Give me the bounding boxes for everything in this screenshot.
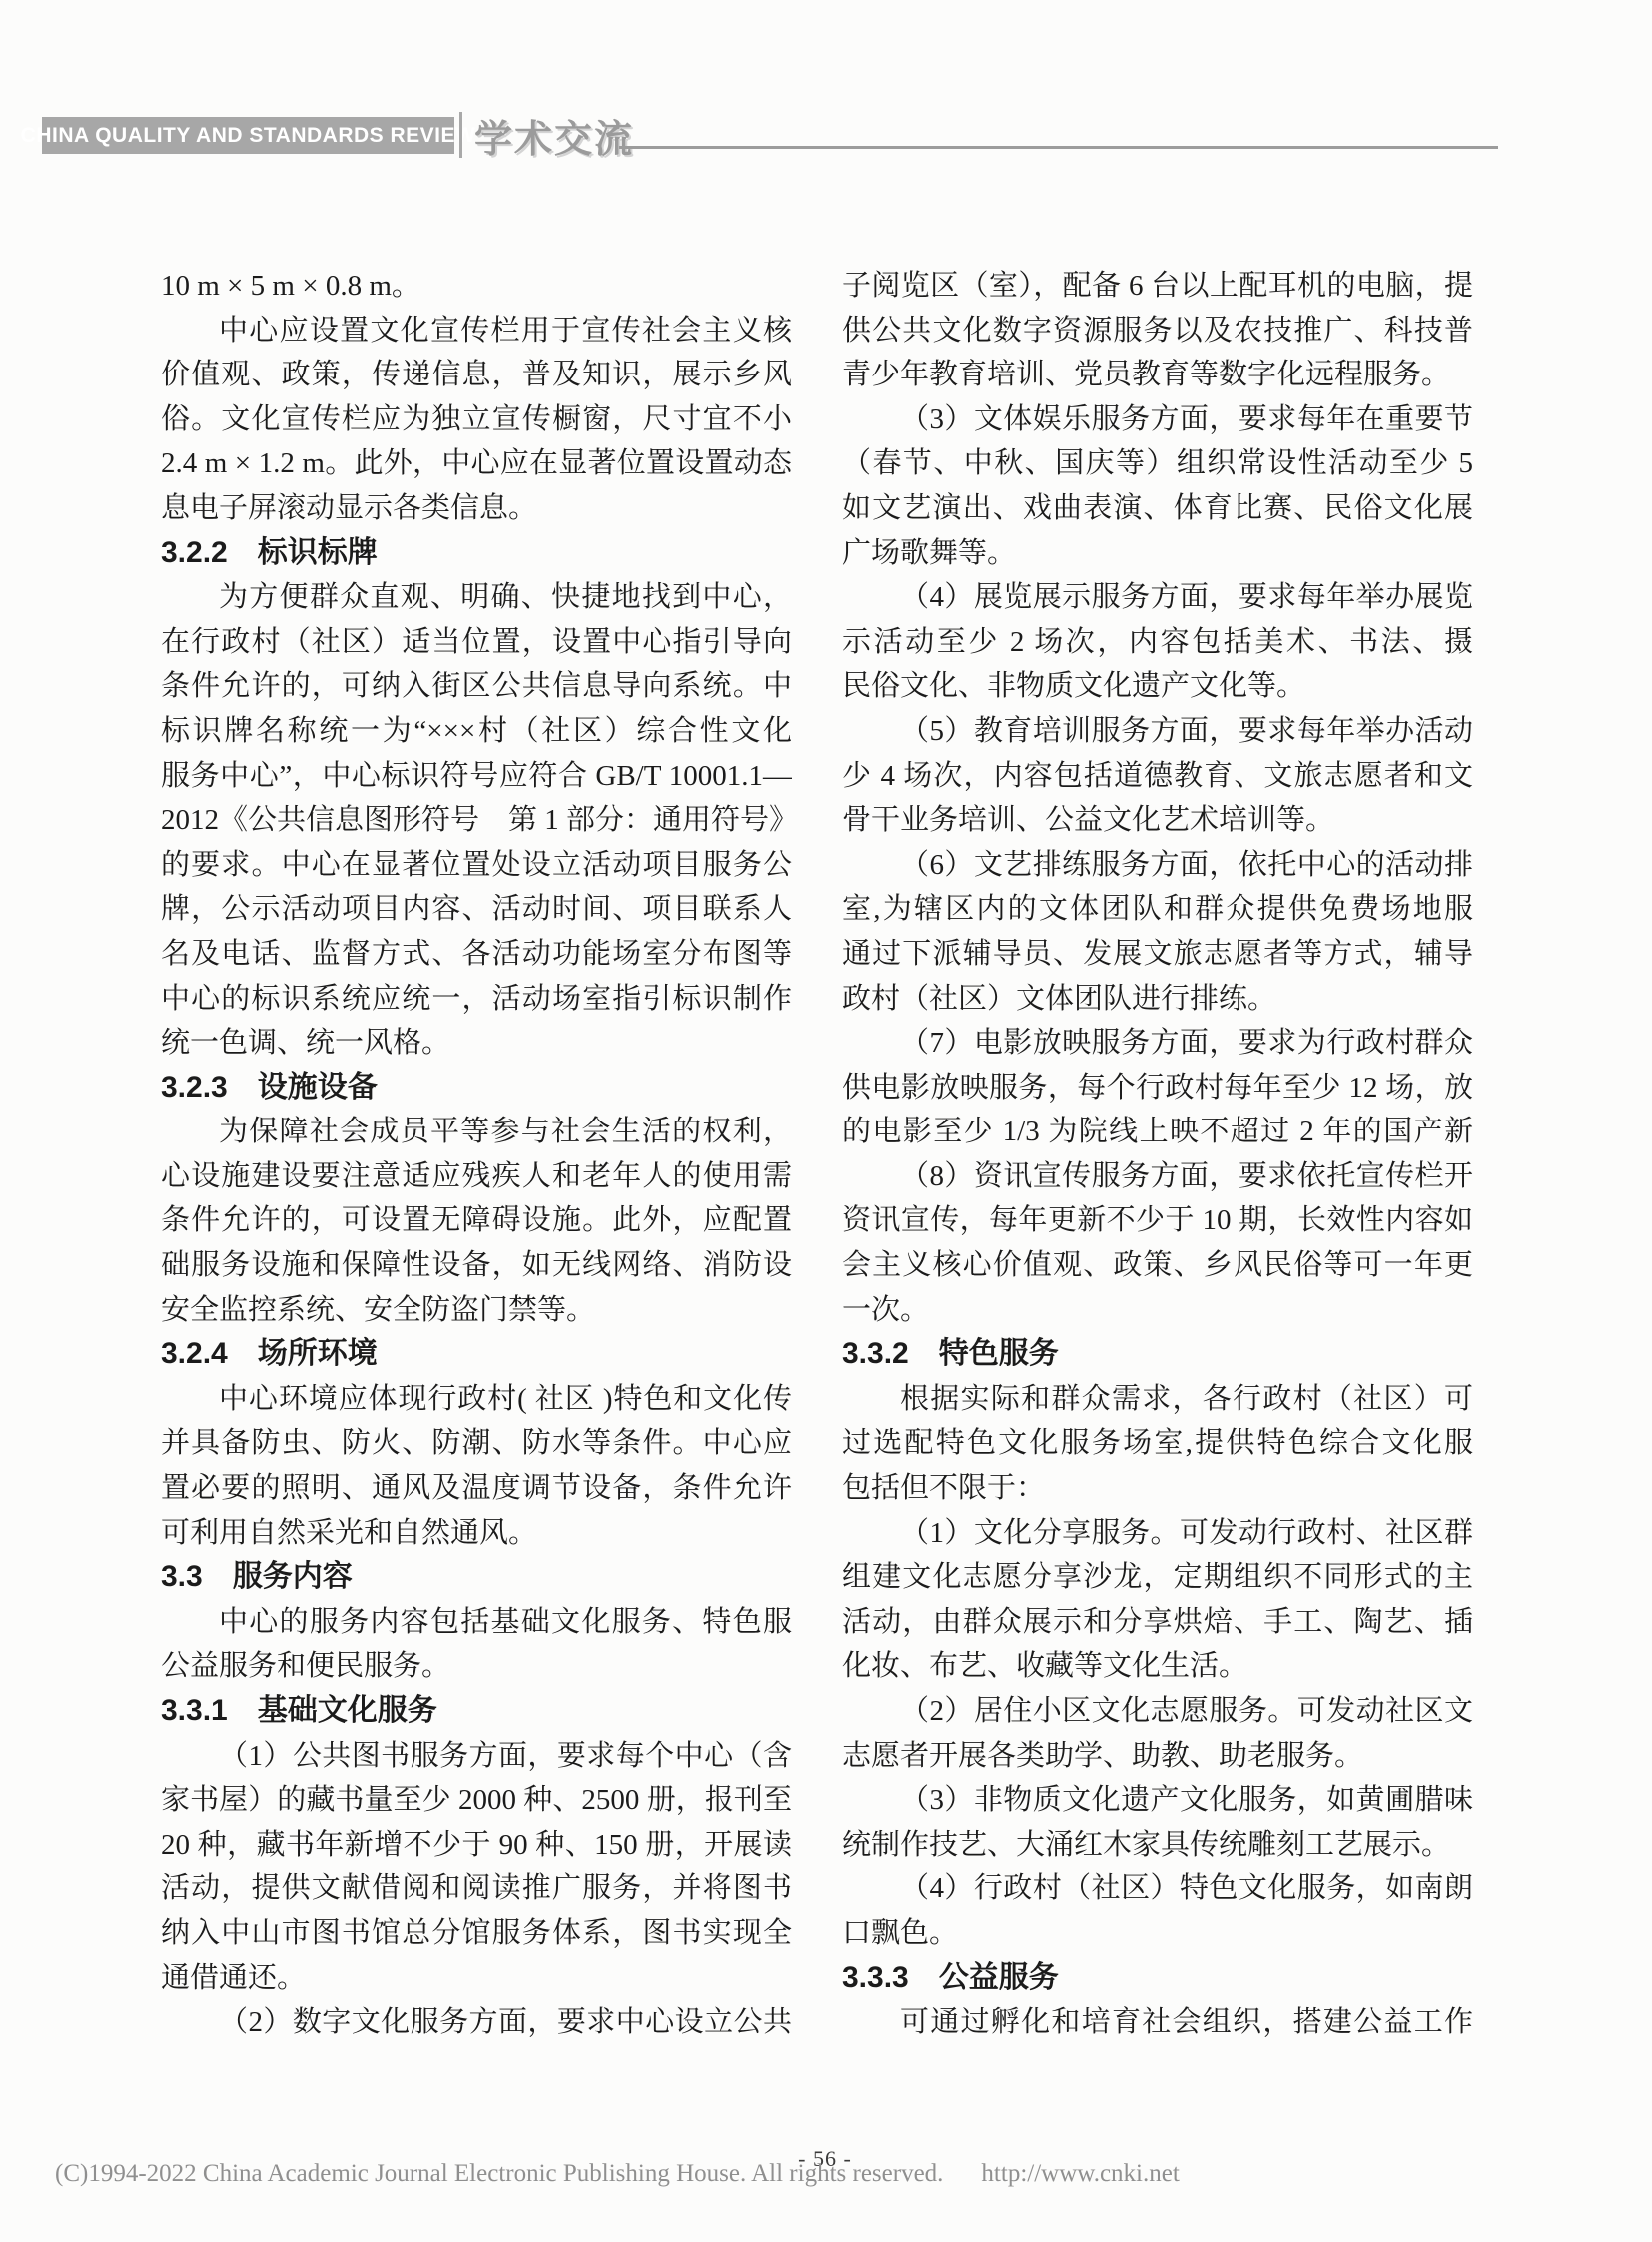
text-line: 安全监控系统、安全防盗门禁等。 (161, 1288, 792, 1333)
text-line: 家书屋）的藏书量至少 2000 种、2500 册，报刊至少 (161, 1778, 792, 1823)
text-line: 示活动至少 2 场次，内容包括美术、书法、摄影、 (842, 620, 1473, 665)
text-line: 牌，公示活动项目内容、活动时间、项目联系人姓 (161, 887, 792, 932)
left-column: 10 m × 5 m × 0.8 m。中心应设置文化宣传栏用于宣传社会主义核心价… (161, 264, 792, 2045)
text-line: （8）资讯宣传服务方面，要求依托宣传栏开展 (842, 1154, 1473, 1199)
text-line: 息电子屏滚动显示各类信息。 (161, 486, 792, 531)
text-line: 根据实际和群众需求，各行政村（社区）可通 (842, 1377, 1473, 1422)
text-line: 俗。文化宣传栏应为独立宣传橱窗，尺寸宜不小于 (161, 397, 792, 442)
text-line: 础服务设施和保障性设备，如无线网络、消防设备、 (161, 1243, 792, 1288)
cnki-url: http://www.cnki.net (981, 2160, 1179, 2187)
text-line: 为保障社会成员平等参与社会生活的权利，中 (161, 1110, 792, 1154)
text-line: 通过下派辅导员、发展文旅志愿者等方式，辅导行 (842, 932, 1473, 977)
header-rule (619, 146, 1498, 149)
text-line: （4）展览展示服务方面，要求每年举办展览展 (842, 575, 1473, 620)
text-line: 的电影至少 1/3 为院线上映不超过 2 年的国产新片。 (842, 1110, 1473, 1154)
text-line: 骨干业务培训、公益文化艺术培训等。 (842, 798, 1473, 843)
copyright-text: (C)1994-2022 China Academic Journal Elec… (55, 2160, 943, 2187)
text-line: 广场歌舞等。 (842, 531, 1473, 576)
journal-banner-text: CHINA QUALITY AND STANDARDS REVIEW (21, 124, 476, 148)
text-line: 会主义核心价值观、政策、乡风民俗等可一年更新 (842, 1243, 1473, 1288)
section-heading: 3.3 服务内容 (161, 1555, 792, 1600)
text-line: 供电影放映服务，每个行政村每年至少 12 场，放映 (842, 1066, 1473, 1111)
text-line: （4）行政村（社区）特色文化服务，如南朗崖 (842, 1867, 1473, 1911)
text-line: 民俗文化、非物质文化遗产文化等。 (842, 664, 1473, 709)
text-line: 组建文化志愿分享沙龙，定期组织不同形式的主题 (842, 1555, 1473, 1600)
text-line: （3）非物质文化遗产文化服务，如黄圃腊味传 (842, 1778, 1473, 1823)
text-line: 少 4 场次，内容包括道德教育、文旅志愿者和文体 (842, 754, 1473, 799)
section-heading: 3.3.3 公益服务 (842, 1956, 1473, 2001)
section-title: 学术交流 (474, 112, 634, 158)
text-line: 在行政村（社区）适当位置，设置中心指引导向牌， (161, 620, 792, 665)
text-line: （1）公共图书服务方面，要求每个中心（含农 (161, 1734, 792, 1779)
section-heading: 3.2.2 标识标牌 (161, 531, 792, 576)
text-line: 化妆、布艺、收藏等文化生活。 (842, 1644, 1473, 1689)
text-line: 活动，提供文献借阅和阅读推广服务，并将图书室 (161, 1867, 792, 1911)
copyright-line: (C)1994-2022 China Academic Journal Elec… (55, 2160, 1180, 2188)
text-line: 服务中心”，中心标识符号应符合 GB/T 10001.1— (161, 754, 792, 799)
text-line: 10 m × 5 m × 0.8 m。 (161, 264, 792, 309)
text-line: （6）文艺排练服务方面，依托中心的活动排练 (842, 843, 1473, 888)
text-line: 包括但不限于： (842, 1466, 1473, 1511)
text-line: 中心的服务内容包括基础文化服务、特色服务、 (161, 1600, 792, 1645)
text-line: 的要求。中心在显著位置处设立活动项目服务公示 (161, 843, 792, 888)
text-line: 2.4 m × 1.2 m。此外，中心应在显著位置设置动态信 (161, 441, 792, 486)
text-line: 过选配特色文化服务场室,提供特色综合文化服务。 (842, 1421, 1473, 1466)
text-line: 名及电话、监督方式、各活动功能场室分布图等信息。 (161, 932, 792, 977)
section-heading: 3.3.2 特色服务 (842, 1332, 1473, 1377)
text-line: （7）电影放映服务方面，要求为行政村群众提 (842, 1021, 1473, 1066)
text-line: 口飘色。 (842, 1911, 1473, 1956)
text-line: 如文艺演出、戏曲表演、体育比赛、民俗文化展演、 (842, 486, 1473, 531)
text-line: 置必要的照明、通风及温度调节设备，条件允许的， (161, 1466, 792, 1511)
text-line: 中心环境应体现行政村( 社区 )特色和文化传统， (161, 1377, 792, 1422)
text-line: 活动，由群众展示和分享烘焙、手工、陶艺、插花、 (842, 1600, 1473, 1645)
section-heading: 3.2.4 场所环境 (161, 1332, 792, 1377)
text-line: 中心的标识系统应统一，活动场室指引标识制作需 (161, 977, 792, 1022)
right-column: 子阅览区（室），配备 6 台以上配耳机的电脑，提供公共文化数字资源服务以及农技推… (842, 264, 1473, 2045)
section-heading: 3.2.3 设施设备 (161, 1066, 792, 1111)
header-divider (459, 112, 462, 158)
text-line: 为方便群众直观、明确、快捷地找到中心，应 (161, 575, 792, 620)
text-line: 公益服务和便民服务。 (161, 1644, 792, 1689)
text-line: 心设施建设要注意适应残疾人和老年人的使用需求， (161, 1154, 792, 1199)
text-line: 室,为辖区内的文体团队和群众提供免费场地服务， (842, 887, 1473, 932)
text-line: 中心应设置文化宣传栏用于宣传社会主义核心 (161, 309, 792, 354)
text-line: 条件允许的，可设置无障碍设施。此外，应配置基 (161, 1198, 792, 1243)
text-line: 政村（社区）文体团队进行排练。 (842, 977, 1473, 1022)
text-line: 资讯宣传，每年更新不少于 10 期，长效性内容如社 (842, 1198, 1473, 1243)
text-line: 青少年教育培训、党员教育等数字化远程服务。 (842, 353, 1473, 397)
text-line: 20 种，藏书年新增不少于 90 种、150 册，开展读者 (161, 1823, 792, 1868)
text-line: （3）文体娱乐服务方面，要求每年在重要节日 (842, 397, 1473, 442)
text-line: 可通过孵化和培育社会组织，搭建公益工作平 (842, 2000, 1473, 2045)
text-line: 条件允许的，可纳入街区公共信息导向系统。中心 (161, 664, 792, 709)
text-line: 一次。 (842, 1288, 1473, 1333)
text-line: 子阅览区（室），配备 6 台以上配耳机的电脑，提 (842, 264, 1473, 309)
text-line: （2）数字文化服务方面，要求中心设立公共电 (161, 2000, 792, 2045)
text-line: 标识牌名称统一为“×××村（社区）综合性文化 (161, 709, 792, 754)
text-line: （2）居住小区文化志愿服务。可发动社区文旅 (842, 1689, 1473, 1734)
text-line: （春节、中秋、国庆等）组织常设性活动至少 5 场次， (842, 441, 1473, 486)
text-line: 统一色调、统一风格。 (161, 1021, 792, 1066)
text-line: 并具备防虫、防火、防潮、防水等条件。中心应设 (161, 1421, 792, 1466)
text-line: 价值观、政策，传递信息，普及知识，展示乡风民 (161, 353, 792, 397)
text-line: 统制作技艺、大涌红木家具传统雕刻工艺展示。 (842, 1823, 1473, 1868)
text-line: （5）教育培训服务方面，要求每年举办活动至 (842, 709, 1473, 754)
text-line: 供公共文化数字资源服务以及农技推广、科技普及、 (842, 309, 1473, 354)
text-line: 志愿者开展各类助学、助教、助老服务。 (842, 1734, 1473, 1779)
section-heading: 3.3.1 基础文化服务 (161, 1689, 792, 1734)
text-line: 2012《公共信息图形符号 第 1 部分：通用符号》 (161, 798, 792, 843)
text-line: 可利用自然采光和自然通风。 (161, 1511, 792, 1556)
text-line: （1）文化分享服务。可发动行政村、社区群众 (842, 1511, 1473, 1556)
text-line: 通借通还。 (161, 1956, 792, 2001)
text-line: 纳入中山市图书馆总分馆服务体系，图书实现全市 (161, 1911, 792, 1956)
journal-banner: CHINA QUALITY AND STANDARDS REVIEW (42, 117, 454, 154)
journal-page: { "header": { "banner": "CHINA QUALITY A… (0, 0, 1652, 2242)
